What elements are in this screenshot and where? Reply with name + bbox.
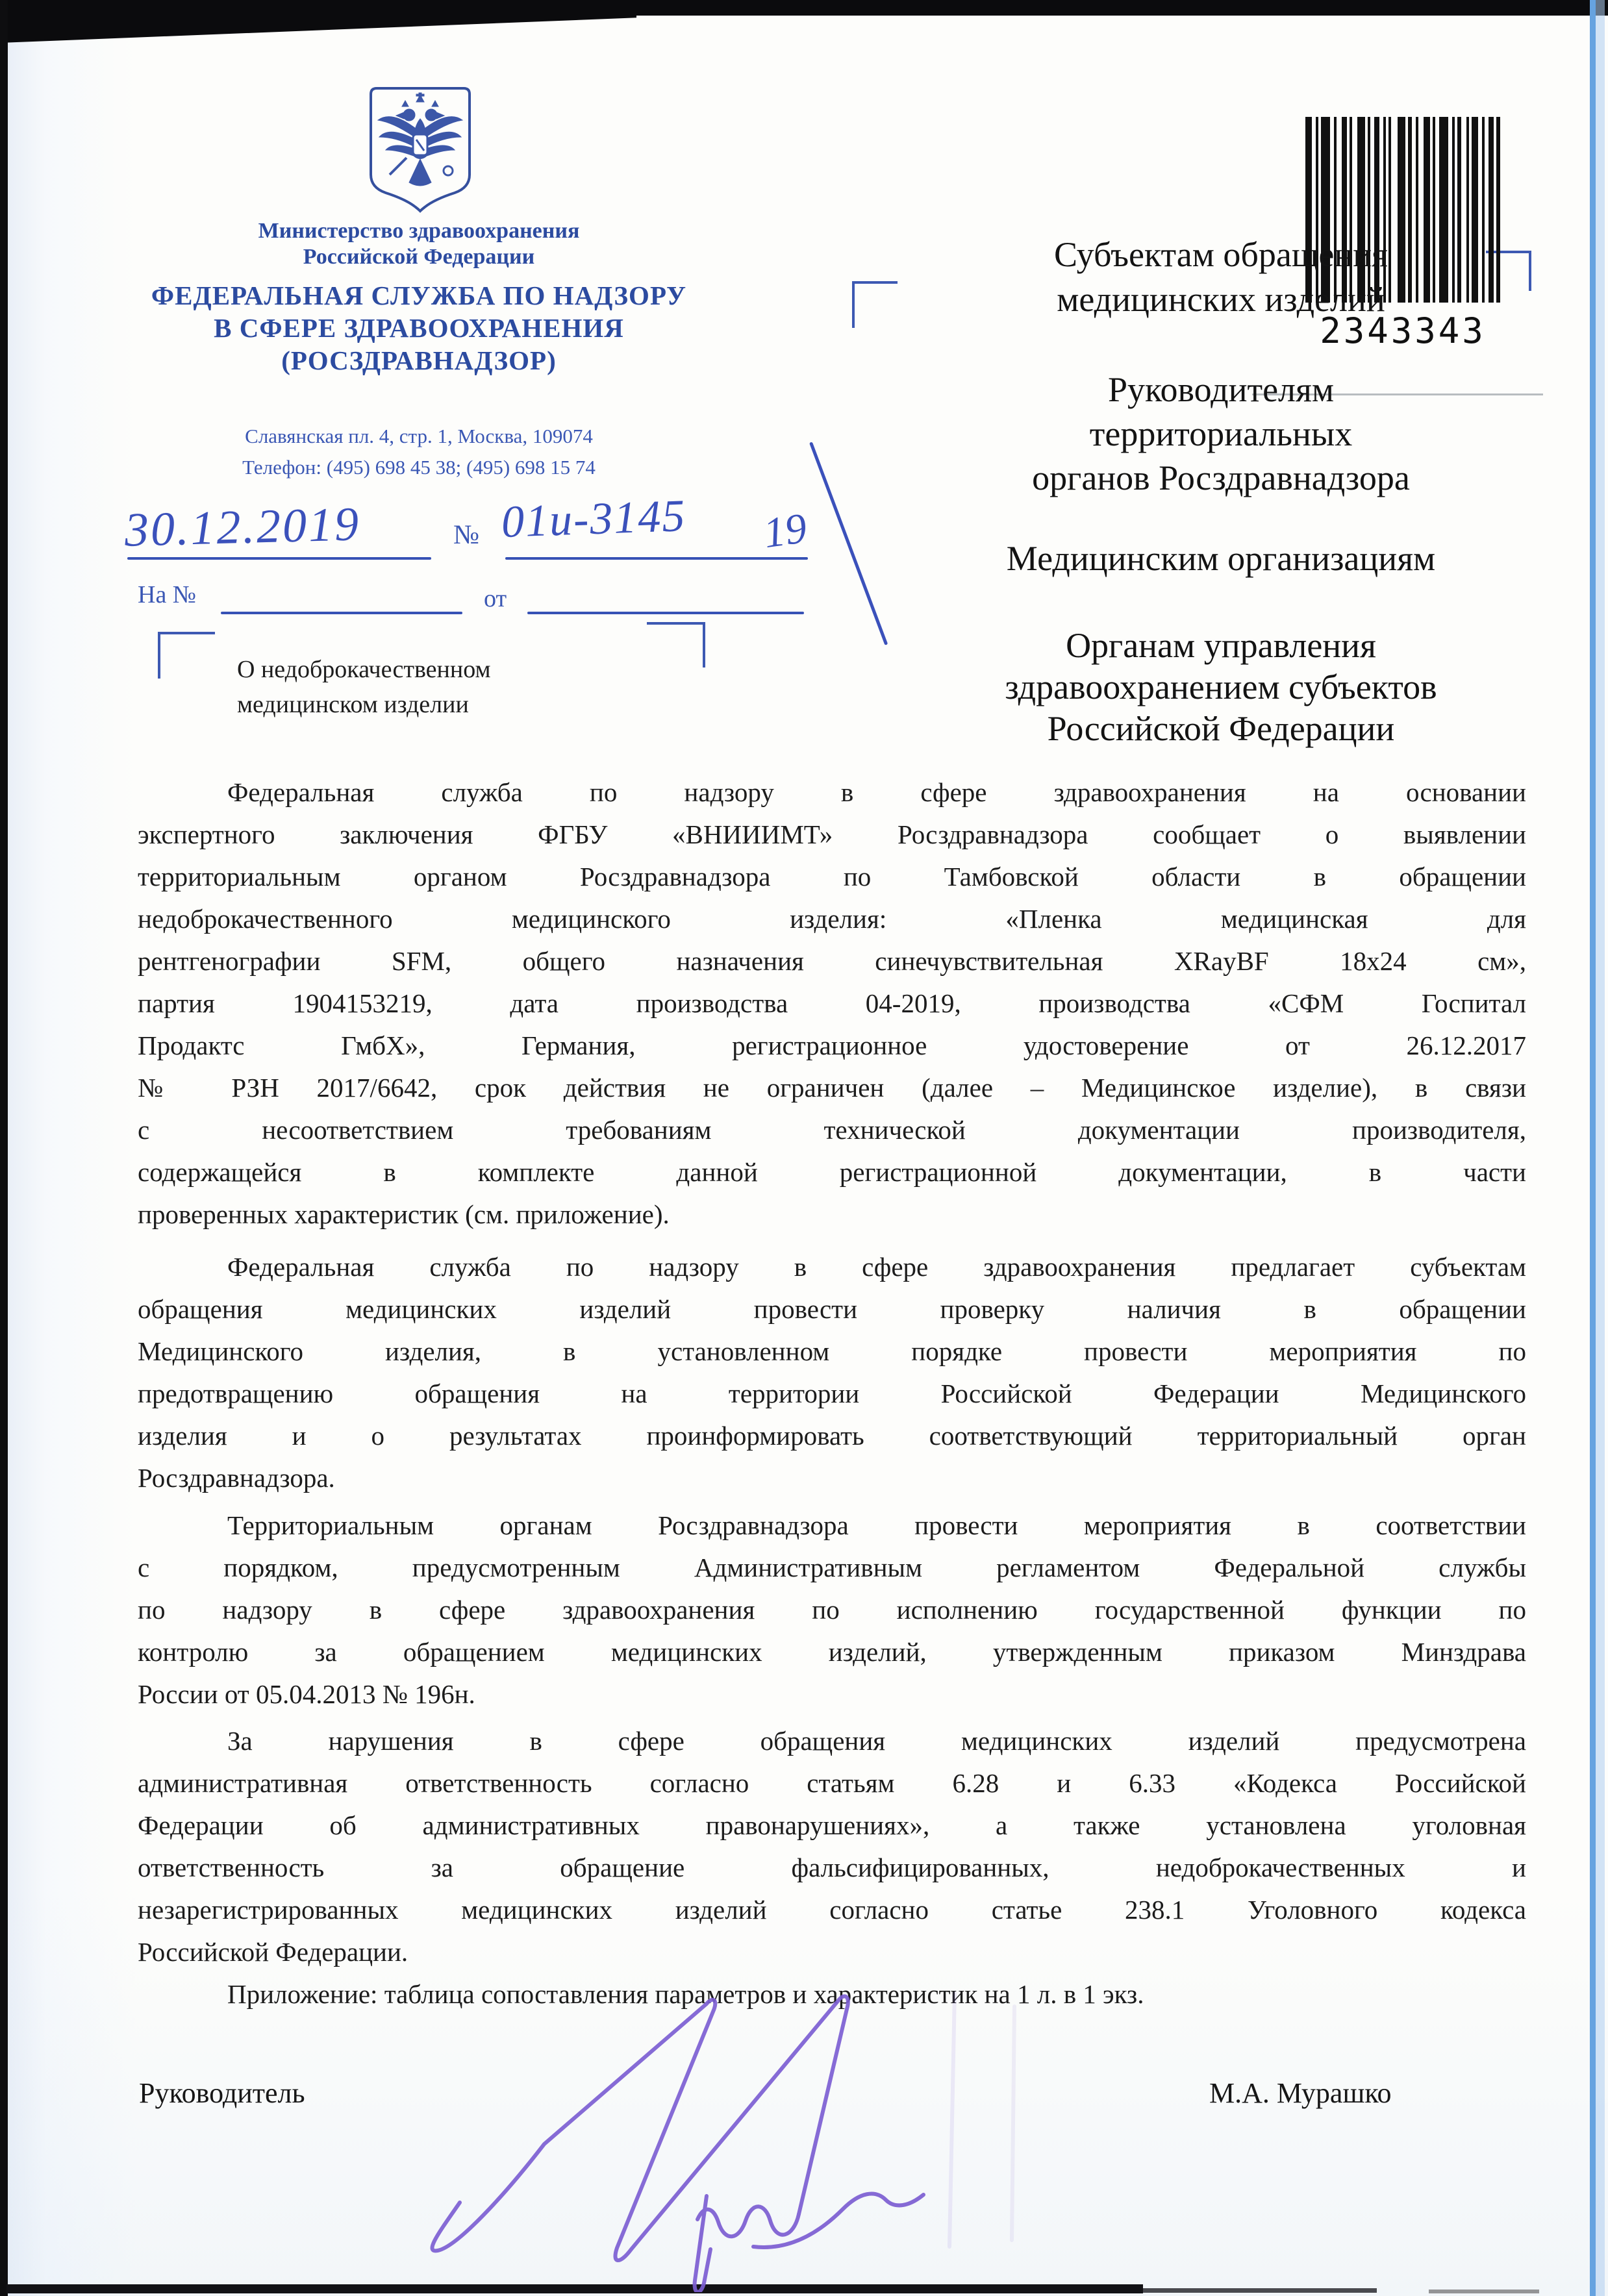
ministry-name: Министерство здравоохранения Российской … [123, 218, 714, 270]
service-line: (РОСЗДРАВНАДЗОР) [91, 344, 747, 377]
recipient-line: Руководителям [922, 368, 1520, 412]
scan-bottom-line [1429, 2290, 1539, 2293]
handwritten-signature [390, 1967, 1299, 2292]
body-line: ответственность за обращение фальсифицир… [138, 1847, 1526, 1889]
body-line: Федерации об административных правонаруш… [138, 1804, 1526, 1847]
scan-left-border [0, 0, 8, 2296]
body-paragraph: Территориальным органам Росздравнадзора … [138, 1504, 1526, 1716]
org-address-line: Славянская пл. 4, стр. 1, Москва, 109074 [123, 421, 714, 452]
recipient-line: Медицинским организациям [922, 536, 1520, 581]
body-line: контролю за обращением медицинских издел… [138, 1631, 1526, 1673]
scan-top-border [0, 0, 1608, 16]
recipient-line: здравоохранением субъектов [922, 666, 1520, 708]
date-underline [127, 557, 431, 560]
signature-position-label: Руководитель [139, 2077, 305, 2110]
recipient-block: Органам управленияздравоохранением субъе… [922, 625, 1520, 749]
body-line: За нарушения в сфере обращения медицинск… [138, 1720, 1526, 1762]
body-line: Федеральная служба по надзору в сфере зд… [138, 1246, 1526, 1288]
org-contacts: Славянская пл. 4, стр. 1, Москва, 109074… [123, 421, 714, 483]
body-line: территориальным органом Росздравнадзора … [138, 856, 1526, 898]
reply-to-number-label: На № [138, 580, 196, 609]
corner-bracket-icon [158, 632, 160, 679]
number-underline [505, 557, 808, 560]
body-line: Медицинского изделия, в установленном по… [138, 1330, 1526, 1373]
body-line: изделия и о результатах проинформировать… [138, 1415, 1526, 1457]
body-line: Территориальным органам Росздравнадзора … [138, 1504, 1526, 1547]
body-line: партия 1904153219, дата производства 04-… [138, 982, 1526, 1025]
letter-number-handwritten: 01и-3145 [501, 490, 687, 549]
service-line: ФЕДЕРАЛЬНАЯ СЛУЖБА ПО НАДЗОРУ [91, 279, 747, 312]
corner-bracket-icon [852, 281, 855, 328]
recipient-line: территориальных [922, 412, 1520, 456]
body-line: содержащейся в комплекте данной регистра… [138, 1151, 1526, 1193]
recipient-block: Руководителямтерриториальныхорганов Росз… [922, 368, 1520, 500]
ministry-line: Министерство здравоохранения [123, 218, 714, 244]
reply-number-underline [221, 612, 462, 614]
reply-from-label: от [484, 584, 507, 613]
body-paragraph: За нарушения в сфере обращения медицинск… [138, 1720, 1526, 1973]
subject-line: медицинском изделии [237, 687, 731, 722]
body-line: проверенных характеристик (см. приложени… [138, 1193, 1526, 1236]
scan-top-wedge [0, 14, 636, 43]
body-line: с несоответствием требованиям техническо… [138, 1109, 1526, 1151]
body-line: Росздравнадзора. [138, 1457, 1526, 1499]
body-paragraph: Федеральная служба по надзору в сфере зд… [138, 1246, 1526, 1499]
service-name: ФЕДЕРАЛЬНАЯ СЛУЖБА ПО НАДЗОРУ В СФЕРЕ ЗД… [91, 279, 747, 377]
corner-bracket-icon [1529, 251, 1531, 291]
body-line: административная ответственность согласн… [138, 1762, 1526, 1804]
subject-line: О недоброкачественном [237, 652, 731, 687]
corner-bracket-icon [158, 632, 215, 634]
recipient-line: Органам управления [922, 625, 1520, 666]
ministry-line: Российской Федерации [123, 244, 714, 270]
recipient-block: Субъектам обращениямедицинских изделий [922, 232, 1520, 322]
recipient-line: органов Росздравнадзора [922, 456, 1520, 500]
scanned-letter-page: Министерство здравоохранения Российской … [0, 0, 1608, 2296]
corner-bracket-icon [647, 622, 705, 625]
body-line: рентгенографии SFM, общего назначения си… [138, 940, 1526, 982]
org-phone-line: Телефон: (495) 698 45 38; (495) 698 15 7… [123, 452, 714, 483]
russia-coat-of-arms-icon [368, 85, 473, 214]
body-line: предотвращению обращения на территории Р… [138, 1373, 1526, 1415]
recipient-line: Российской Федерации [922, 708, 1520, 749]
body-line: Продактс ГмбХ», Германия, регистрационно… [138, 1025, 1526, 1067]
corner-bracket-icon [852, 281, 898, 284]
body-line: экспертного заключения ФГБУ «ВНИИИМТ» Ро… [138, 814, 1526, 856]
letter-number-suffix: 19 [760, 504, 810, 558]
handwritten-slash [809, 442, 888, 645]
body-line: незарегистрированных медицинских изделий… [138, 1889, 1526, 1931]
recipient-line: Субъектам обращения [922, 232, 1520, 277]
body-line: обращения медицинских изделий провести п… [138, 1288, 1526, 1330]
scan-right-blue-line [1590, 0, 1596, 2296]
letter-subject: О недоброкачественном медицинском издели… [237, 652, 731, 722]
number-sign: № [453, 519, 479, 551]
reply-date-underline [527, 612, 804, 614]
body-line: Федеральная служба по надзору в сфере зд… [138, 771, 1526, 814]
scan-right-blue-halo [1596, 0, 1605, 2296]
recipient-line: медицинских изделий [922, 277, 1520, 322]
body-paragraph: Федеральная служба по надзору в сфере зд… [138, 771, 1526, 1236]
body-line: № РЗН 2017/6642, срок действия не ограни… [138, 1067, 1526, 1109]
body-line: России от 05.04.2013 № 196н. [138, 1673, 1526, 1716]
body-line: по надзору в сфере здравоохранения по ис… [138, 1589, 1526, 1631]
letter-date-handwritten: 30.12.2019 [124, 497, 361, 558]
body-line: недоброкачественного медицинского издели… [138, 898, 1526, 940]
body-line: с порядком, предусмотренным Администрати… [138, 1547, 1526, 1589]
recipient-block: Медицинским организациям [922, 536, 1520, 581]
service-line: В СФЕРЕ ЗДРАВООХРАНЕНИЯ [91, 312, 747, 344]
letter-body: Федеральная служба по надзору в сфере зд… [138, 771, 1526, 2015]
